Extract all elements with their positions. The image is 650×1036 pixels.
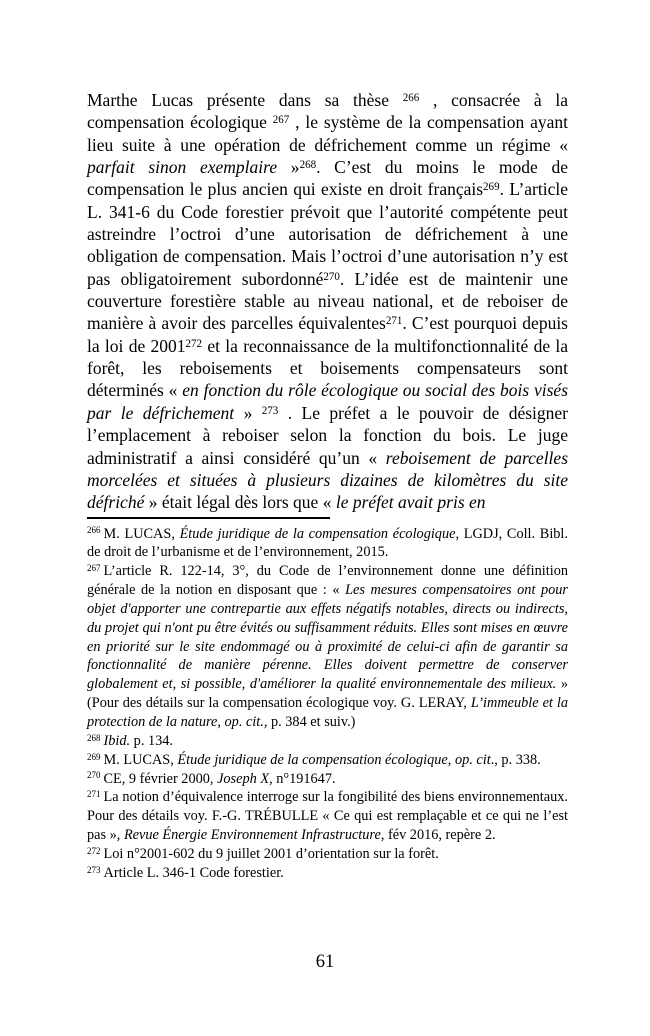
footnote-reference: 269 xyxy=(483,181,500,193)
footnote-number: 270 xyxy=(87,770,101,780)
footnote-273: 273Article L. 346-1 Code forestier. xyxy=(87,864,568,883)
footnote-270: 270CE, 9 février 2000, Joseph X, n°19164… xyxy=(87,770,568,789)
page-number: 61 xyxy=(0,952,650,973)
footnote-reference: 272 xyxy=(186,338,203,350)
body-paragraph: Marthe Lucas présente dans sa thèse 266 … xyxy=(87,89,568,514)
footnote-reference: 273 xyxy=(262,405,279,417)
footnote-number: 273 xyxy=(87,865,101,875)
footnote-number: 268 xyxy=(87,733,101,743)
document-page: Marthe Lucas présente dans sa thèse 266 … xyxy=(0,0,650,1036)
footnote-271: 271La notion d’équivalence interroge sur… xyxy=(87,788,568,845)
footnote-reference: 270 xyxy=(323,271,340,283)
text-column: Marthe Lucas présente dans sa thèse 266 … xyxy=(87,89,568,883)
footnote-269: 269M. LUCAS, Étude juridique de la compe… xyxy=(87,751,568,770)
footnote-272: 272Loi n°2001-602 du 9 juillet 2001 d’or… xyxy=(87,845,568,864)
footnote-reference: 267 xyxy=(273,114,290,126)
footnote-reference: 266 xyxy=(403,92,420,104)
footnote-number: 272 xyxy=(87,846,101,856)
footnote-267: 267L’article R. 122-14, 3°, du Code de l… xyxy=(87,562,568,732)
footnote-reference: 268 xyxy=(300,159,317,171)
footnote-266: 266M. LUCAS, Étude juridique de la compe… xyxy=(87,525,568,563)
footnotes-section: 266M. LUCAS, Étude juridique de la compe… xyxy=(87,525,568,883)
footnote-number: 271 xyxy=(87,789,101,799)
footnote-number: 267 xyxy=(87,563,101,573)
footnote-separator xyxy=(87,517,330,519)
footnote-reference: 271 xyxy=(386,315,403,327)
footnote-268: 268Ibid. p. 134. xyxy=(87,732,568,751)
footnote-number: 269 xyxy=(87,752,101,762)
footnote-number: 266 xyxy=(87,525,101,535)
